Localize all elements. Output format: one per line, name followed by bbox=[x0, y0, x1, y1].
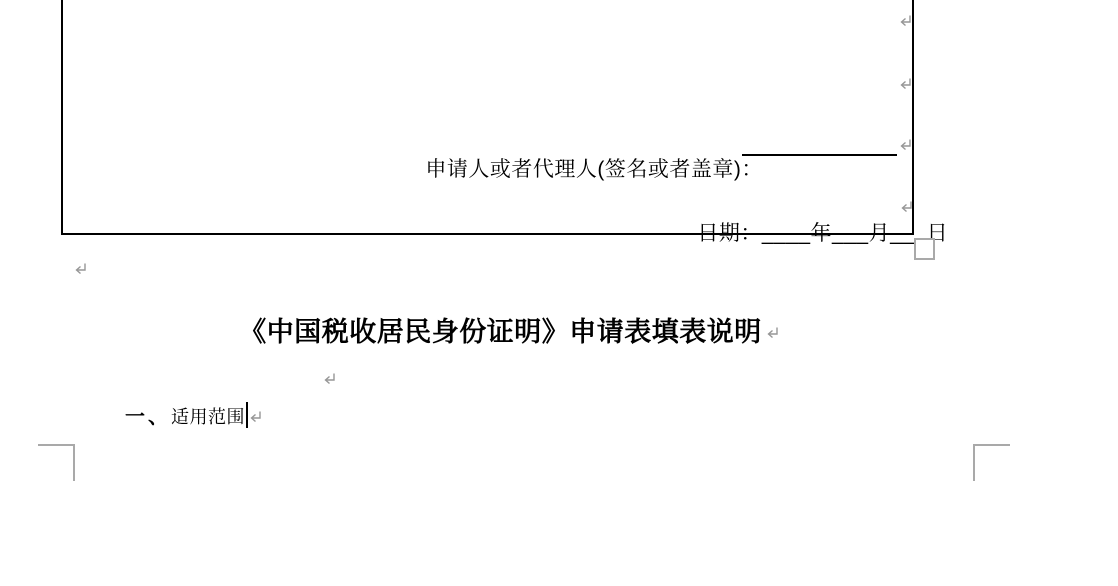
crop-mark-bottom-left bbox=[38, 444, 75, 481]
page-title-text: 《中国税收居民身份证明》申请表填表说明 bbox=[239, 317, 762, 347]
paragraph-mark-icon bbox=[248, 410, 262, 424]
crop-mark-bottom-right bbox=[973, 444, 1010, 481]
section-heading[interactable]: 一、适用范围 bbox=[125, 402, 262, 433]
paragraph-mark-icon bbox=[765, 326, 779, 340]
date-line[interactable]: 日期：____年___月___日 bbox=[672, 195, 948, 273]
signature-blank-underline[interactable] bbox=[742, 134, 897, 156]
date-label: 日期：____年___月___日 bbox=[697, 222, 948, 245]
section-heading-label: 适用范围 bbox=[171, 407, 245, 427]
section-number: 一、 bbox=[125, 406, 171, 428]
end-of-table-row-mark-icon bbox=[914, 238, 935, 260]
paragraph-mark-icon bbox=[73, 262, 87, 276]
paragraph-mark-icon bbox=[898, 77, 912, 91]
paragraph-mark-icon bbox=[898, 14, 912, 28]
document-page[interactable]: 申请人或者代理人(签名或者盖章)： 日期：____年___月___日 《中国税收… bbox=[0, 0, 1118, 586]
paragraph-mark-icon bbox=[322, 372, 336, 386]
paragraph-mark-icon bbox=[898, 138, 912, 152]
page-title[interactable]: 《中国税收居民身份证明》申请表填表说明 bbox=[63, 314, 955, 350]
signature-label: 申请人或者代理人(签名或者盖章)： bbox=[425, 158, 763, 181]
